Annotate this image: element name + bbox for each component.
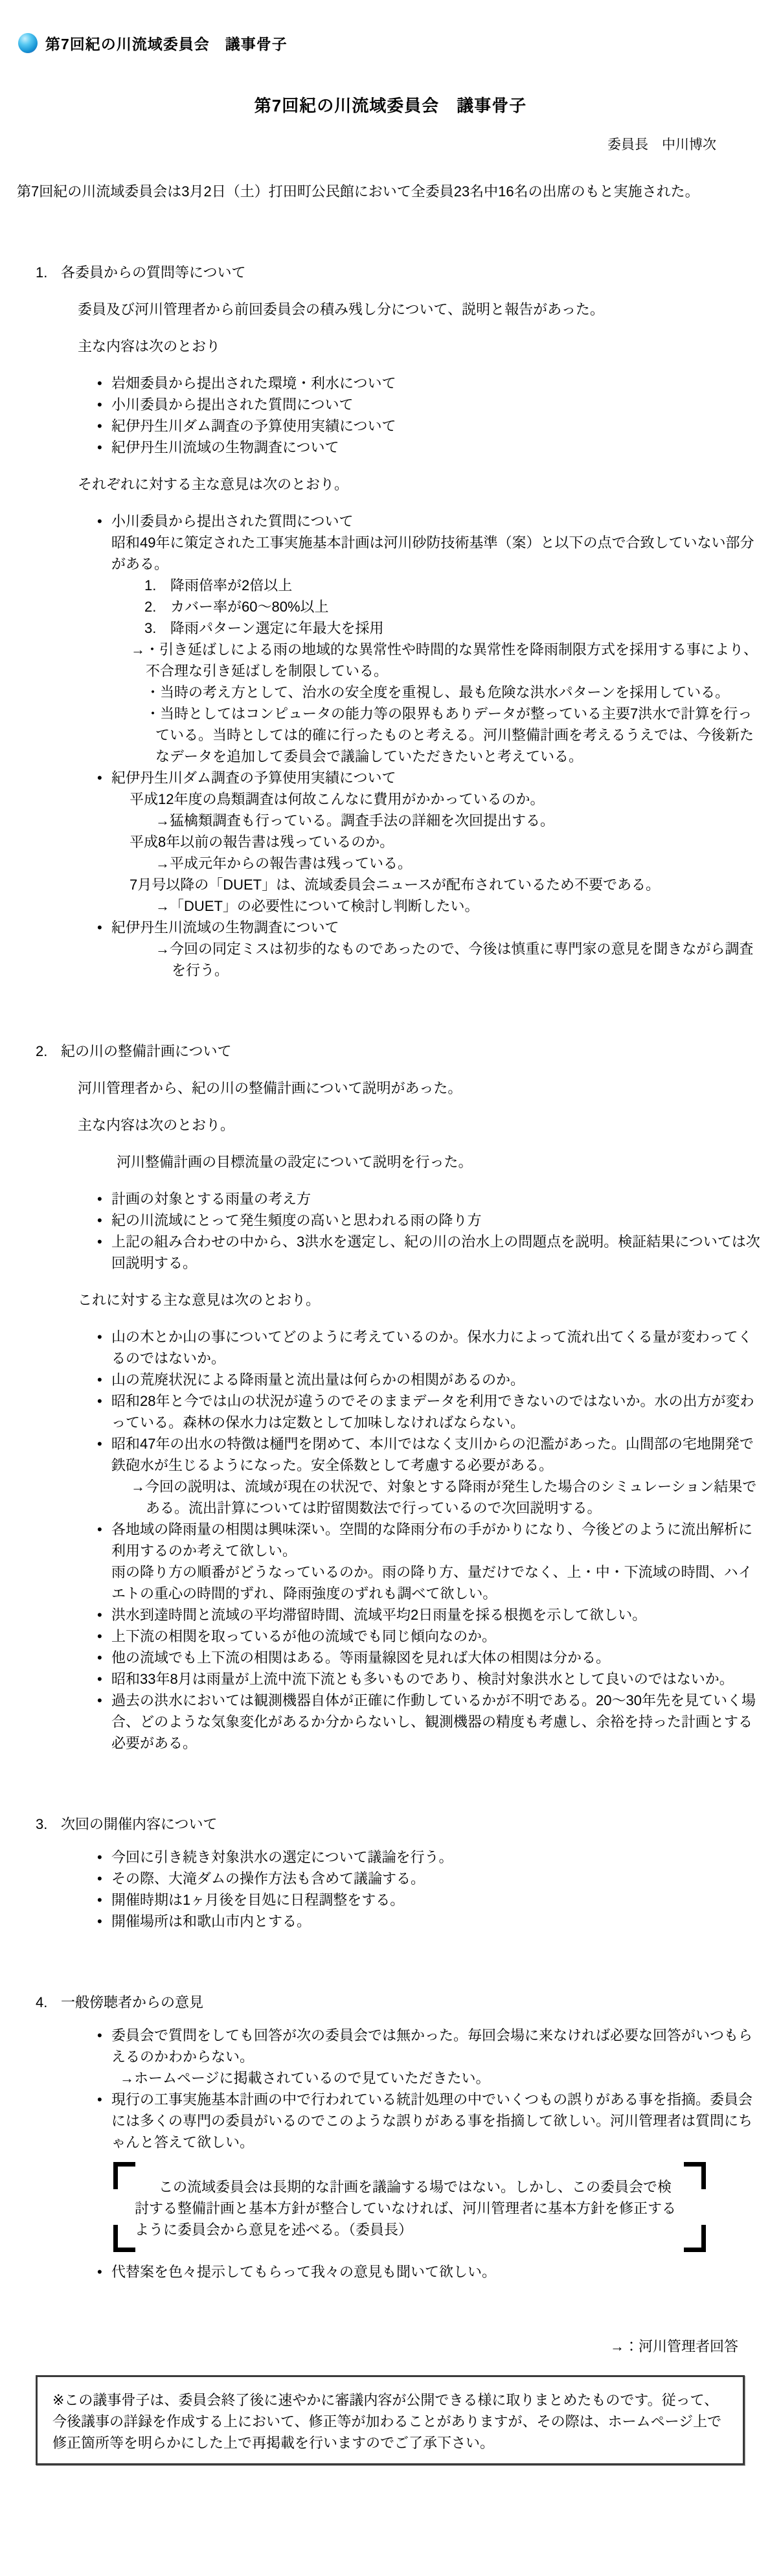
bullet-item: • 計画の対象とする雨量の考え方 xyxy=(0,1188,781,1210)
bullet-continuation: 雨の降り方の順番がどうなっているのか。雨の降り方、量だけでなく、上・中・下流域の… xyxy=(0,1561,781,1604)
text: 紀の川流域にとって発生頻度の高いと思われる雨の降り方 xyxy=(111,1212,482,1228)
text: 山の木とか山の事についてどのように考えているのか。保水力によって流れ出てくる量が… xyxy=(111,1329,752,1366)
disclaimer-box: ※この議事骨子は、委員会終了後に速やかに審議内容が公開できる様に取りまとめたもの… xyxy=(36,2375,745,2465)
bullet-continuation: 昭和49年に策定された工事実施基本計画は河川砂防技術基準（案）と以下の点で合致し… xyxy=(0,532,781,575)
section-heading: 4. 一般傍聴者からの意見 xyxy=(0,1992,781,2013)
bullet-marker: • xyxy=(97,1647,111,1668)
text: 小川委員から提出された質問について xyxy=(111,397,354,413)
paragraph: 主な内容は次のとおり xyxy=(0,336,781,357)
text: 平成8年以前の報告書は残っているのか。 xyxy=(130,834,394,850)
text: 計画の対象とする雨量の考え方 xyxy=(111,1191,311,1207)
text: 委員及び河川管理者から前回委員会の積み残し分について、説明と報告があった。 xyxy=(78,301,604,317)
bullet-marker: • xyxy=(97,1433,111,1455)
paragraph: これに対する主な意見は次のとおり。 xyxy=(0,1289,781,1311)
bullet-item: • 上記の組み合わせの中から、3洪水を選定し、紀の川の治水上の問題点を説明。検証… xyxy=(0,1231,781,1274)
text: 洪水到達時間と流域の平均滞留時間、流域平均2日雨量を採る根拠を示して欲しい。 xyxy=(111,1607,646,1623)
river-manager-reply: →今回の同定ミスは初歩的なものであったので、今後は慎重に専門家の意見を聞きながら… xyxy=(0,938,781,981)
text: 代替案を色々提示してもらって我々の意見も聞いて欲しい。 xyxy=(111,2264,496,2280)
text: 過去の洪水においては観測機器自体が正確に作動しているかが不明である。20～30年… xyxy=(111,1692,756,1751)
text: 上記の組み合わせの中から、3洪水を選定し、紀の川の治水上の問題点を説明。検証結果… xyxy=(111,1234,760,1271)
text: 降雨倍率が2倍以上 xyxy=(170,577,292,593)
bullet-marker: • xyxy=(97,1326,111,1348)
river-manager-reply: →平成元年からの報告書は残っている。 xyxy=(0,853,781,874)
bullet-item: • 上下流の相関を取っているが他の流域でも同じ傾向なのか。 xyxy=(0,1626,781,1647)
text: 開催時期は1ヶ月後を目処に日程調整をする。 xyxy=(111,1892,404,1908)
text: 各地域の降雨量の相関は興味深い。空間的な降雨分布の手がかりになり、今後どのように… xyxy=(111,1521,753,1559)
text: 上下流の相関を取っているが他の流域でも同じ傾向なのか。 xyxy=(111,1628,496,1644)
bullet-marker: • xyxy=(97,437,111,458)
text: →猛檎類調査も行っている。調査手法の詳細を次回提出する。 xyxy=(155,812,554,829)
text: 小川委員から提出された質問について xyxy=(111,513,354,529)
text: 主な内容は次のとおり。 xyxy=(78,1117,234,1133)
river-manager-reply: →ホームページに掲載されているので見ていただきたい。 xyxy=(0,2067,781,2089)
text: →「DUET」の必要性について検討し判断したい。 xyxy=(155,898,479,914)
text: 山の荒廃状況による降雨量と流出量は何らかの相関があるのか。 xyxy=(111,1372,525,1388)
corner-bracket xyxy=(684,2225,706,2252)
text: 紀伊丹生川ダム調査の予算使用実績について xyxy=(111,770,396,786)
list-number: 4. xyxy=(36,1992,61,2013)
list-number: 2. xyxy=(144,596,170,617)
bullet-marker: • xyxy=(97,1846,111,1868)
text: 昭和33年8月は雨量が上流中流下流とも多いものであり、検討対象洪水として良いので… xyxy=(111,1671,734,1687)
text: 降雨パターン選定に年最大を採用 xyxy=(170,620,384,636)
bullet-marker: • xyxy=(97,1626,111,1647)
text: 紀の川の整備計画について xyxy=(61,1043,232,1059)
list-number: 2. xyxy=(36,1041,61,1062)
numbered-item: 2. カバー率が60～80%以上 xyxy=(0,596,781,617)
bullet-item: • 昭和28年と今では山の状況が違うのでそのままデータを利用できないのではないか… xyxy=(0,1390,781,1433)
text: 河川管理者から、紀の川の整備計画について説明があった。 xyxy=(78,1080,462,1096)
section-heading: 1. 各委員からの質問等について xyxy=(0,262,781,283)
list-number: 1. xyxy=(144,575,170,596)
document-body: 1. 各委員からの質問等について委員及び河川管理者から前回委員会の積み残し分につ… xyxy=(0,262,781,2465)
bullet-item: • 代替案を色々提示してもらって我々の意見も聞いて欲しい。 xyxy=(0,2261,781,2283)
river-manager-reply: →・引き延ばしによる雨の地域的な異常性や時間的な異常性を降雨制限方式を採用する事… xyxy=(0,639,781,682)
bullet-marker: • xyxy=(97,1231,111,1252)
paragraph: それぞれに対する主な意見は次のとおり。 xyxy=(0,474,781,495)
text: 委員会で質問をしても回答が次の委員会では無かった。毎回会場に来なければ必要な回答… xyxy=(111,2027,753,2065)
bullet-marker: • xyxy=(97,373,111,394)
text: 昭和47年の出水の特徴は樋門を閉めて、本川ではなく支川からの氾濫があった。山間部… xyxy=(111,1436,754,1473)
bullet-item: • 紀の川流域にとって発生頻度の高いと思われる雨の降り方 xyxy=(0,1210,781,1231)
text: カバー率が60～80%以上 xyxy=(170,599,329,615)
text: それぞれに対する主な意見は次のとおり。 xyxy=(78,476,348,492)
bullet-item: • 紀伊丹生川流域の生物調査について xyxy=(0,917,781,938)
text: 平成12年度の鳥類調査は何故こんなに費用がかかっているのか。 xyxy=(130,791,544,807)
river-manager-reply: →「DUET」の必要性について検討し判断したい。 xyxy=(0,895,781,917)
intro-paragraph: 第7回紀の川流域委員会は3月2日（土）打田町公民館において全委員23名中16名の… xyxy=(0,181,781,202)
bullet-marker: • xyxy=(97,1868,111,1889)
text: 昭和49年に策定された工事実施基本計画は河川砂防技術基準（案）と以下の点で合致し… xyxy=(111,535,754,572)
corner-bracket xyxy=(113,2162,135,2189)
bullet-item: • 小川委員から提出された質問について xyxy=(0,511,781,532)
list-number: 3. xyxy=(36,1813,61,1835)
bullet-marker: • xyxy=(97,917,111,938)
text: ・当時としてはコンピュータの能力等の限界もありデータが整っている主要7洪水で計算… xyxy=(146,706,754,765)
text: 一般傍聴者からの意見 xyxy=(61,1994,203,2010)
question-line: 平成8年以前の報告書は残っているのか。 xyxy=(0,831,781,853)
bullet-item: • 洪水到達時間と流域の平均滞留時間、流域平均2日雨量を採る根拠を示して欲しい。 xyxy=(0,1604,781,1626)
numbered-item: 1. 降雨倍率が2倍以上 xyxy=(0,575,781,596)
bullet-marker: • xyxy=(97,2261,111,2283)
text: 開催場所は和歌山市内とする。 xyxy=(111,1913,311,1929)
text: 紀伊丹生川ダム調査の予算使用実績について xyxy=(111,418,396,434)
bullet-item: • 昭和33年8月は雨量が上流中流下流とも多いものであり、検討対象洪水として良い… xyxy=(0,1668,781,1690)
bullet-marker: • xyxy=(97,2025,111,2046)
bullet-item: • 紀伊丹生川ダム調査の予算使用実績について xyxy=(0,767,781,788)
bullet-marker: • xyxy=(97,1604,111,1626)
text: 7月号以降の「DUET」は、流域委員会ニュースが配布されているため不要である。 xyxy=(130,877,660,893)
blue-sphere-icon xyxy=(18,33,38,53)
text: 岩畑委員から提出された環境・利水について xyxy=(111,375,396,391)
text: →今回の同定ミスは初歩的なものであったので、今後は慎重に専門家の意見を聞きながら… xyxy=(155,941,753,978)
header-title: 第7回紀の川流域委員会 議事骨子 xyxy=(45,32,288,54)
bullet-marker: • xyxy=(97,1889,111,1911)
text: これに対する主な意見は次のとおり。 xyxy=(78,1292,320,1308)
list-number: 3. xyxy=(144,617,170,639)
bullet-marker: • xyxy=(97,1369,111,1390)
corner-bracket xyxy=(113,2225,135,2252)
bullet-marker: • xyxy=(97,1390,111,1412)
bullet-marker: • xyxy=(97,394,111,415)
bullet-item: • 開催時期は1ヶ月後を目処に日程調整をする。 xyxy=(0,1889,781,1911)
list-number: 1. xyxy=(36,262,61,283)
bullet-marker: • xyxy=(97,2089,111,2110)
section-heading: 2. 紀の川の整備計画について xyxy=(0,1041,781,1062)
chairman-name: 委員長 中川博次 xyxy=(0,135,781,155)
text: →：河川管理者回答 xyxy=(610,2338,738,2354)
text: 次回の開催内容について xyxy=(61,1816,218,1832)
river-manager-reply: →猛檎類調査も行っている。調査手法の詳細を次回提出する。 xyxy=(0,810,781,831)
text: 雨の降り方の順番がどうなっているのか。雨の降り方、量だけでなく、上・中・下流域の… xyxy=(111,1564,753,1602)
bullet-marker: • xyxy=(97,767,111,788)
bullet-item: • 各地域の降雨量の相関は興味深い。空間的な降雨分布の手がかりになり、今後どのよ… xyxy=(0,1519,781,1561)
text: ・当時の考え方として、治水の安全度を重視し、最も危険な洪水パターンを採用している… xyxy=(146,684,729,700)
bullet-marker: • xyxy=(97,1210,111,1231)
text: →今回の説明は、流域が現在の状況で、対象とする降雨が発生した場合のシミュレーショ… xyxy=(131,1478,756,1516)
paragraph: 河川整備計画の目標流量の設定について説明を行った。 xyxy=(0,1151,781,1173)
paragraph: 委員及び河川管理者から前回委員会の積み残し分について、説明と報告があった。 xyxy=(0,299,781,320)
text: 河川整備計画の目標流量の設定について説明を行った。 xyxy=(117,1154,473,1170)
bullet-item: • 山の木とか山の事についてどのように考えているのか。保水力によって流れ出てくる… xyxy=(0,1326,781,1369)
numbered-item: 3. 降雨パターン選定に年最大を採用 xyxy=(0,617,781,639)
document-title: 第7回紀の川流域委員会 議事骨子 xyxy=(0,93,781,117)
bullet-item: • 岩畑委員から提出された環境・利水について xyxy=(0,373,781,394)
text: この流域委員会は長期的な計画を議論する場ではない。しかし、この委員会で検討する整… xyxy=(135,2176,679,2240)
text: 今回に引き続き対象洪水の選定について議論を行う。 xyxy=(111,1849,453,1865)
bullet-item: • 他の流域でも上下流の相関はある。等雨量線図を見れば大体の相関は分かる。 xyxy=(0,1647,781,1668)
bullet-item: • 小川委員から提出された質問について xyxy=(0,394,781,415)
corner-bracket xyxy=(684,2162,706,2189)
sub-bullet-item: ・当時としてはコンピュータの能力等の限界もありデータが整っている主要7洪水で計算… xyxy=(0,703,781,767)
bullet-item: • 委員会で質問をしても回答が次の委員会では無かった。毎回会場に来なければ必要な… xyxy=(0,2025,781,2067)
bullet-item: • 今回に引き続き対象洪水の選定について議論を行う。 xyxy=(0,1846,781,1868)
question-line: 平成12年度の鳥類調査は何故こんなに費用がかかっているのか。 xyxy=(0,788,781,810)
text: 昭和28年と今では山の状況が違うのでそのままデータを利用できないのではないか。水… xyxy=(111,1393,754,1431)
bullet-item: • 紀伊丹生川ダム調査の予算使用実績について xyxy=(0,415,781,437)
bullet-marker: • xyxy=(97,1668,111,1690)
paragraph: 河川管理者から、紀の川の整備計画について説明があった。 xyxy=(0,1077,781,1099)
paragraph: 主な内容は次のとおり。 xyxy=(0,1114,781,1136)
bullet-item: • その際、大滝ダムの操作方法も含めて議論する。 xyxy=(0,1868,781,1889)
bullet-marker: • xyxy=(97,1519,111,1540)
text: 現行の工事実施基本計画の中で行われている統計処理の中でいくつもの誤りがある事を指… xyxy=(111,2091,753,2150)
bullet-item: • 昭和47年の出水の特徴は樋門を閉めて、本川ではなく支川からの氾濫があった。山… xyxy=(0,1433,781,1476)
text: →・引き延ばしによる雨の地域的な異常性や時間的な異常性を降雨制限方式を採用する事… xyxy=(131,641,758,679)
bullet-item: • 過去の洪水においては観測機器自体が正確に作動しているかが不明である。20～3… xyxy=(0,1690,781,1754)
bullet-marker: • xyxy=(97,1911,111,1932)
question-line: 7月号以降の「DUET」は、流域委員会ニュースが配布されているため不要である。 xyxy=(0,874,781,895)
text: →ホームページに掲載されているので見ていただきたい。 xyxy=(120,2070,490,2086)
text: その際、大滝ダムの操作方法も含めて議論する。 xyxy=(111,1870,425,1887)
text: →平成元年からの報告書は残っている。 xyxy=(155,855,412,871)
text: 紀伊丹生川流域の生物調査について xyxy=(111,439,339,455)
bullet-item: • 開催場所は和歌山市内とする。 xyxy=(0,1911,781,1932)
river-manager-reply: →今回の説明は、流域が現在の状況で、対象とする降雨が発生した場合のシミュレーショ… xyxy=(0,1476,781,1519)
text: 紀伊丹生川流域の生物調査について xyxy=(111,919,339,936)
page-header: 第7回紀の川流域委員会 議事骨子 xyxy=(18,32,781,54)
bullet-marker: • xyxy=(97,415,111,437)
text: 主な内容は次のとおり xyxy=(78,338,220,354)
sub-bullet-item: ・当時の考え方として、治水の安全度を重視し、最も危険な洪水パターンを採用している… xyxy=(0,682,781,703)
arrow-legend: →：河川管理者回答 xyxy=(0,2336,781,2357)
text: 各委員からの質問等について xyxy=(61,264,246,281)
chairman-remark-box: この流域委員会は長期的な計画を議論する場ではない。しかし、この委員会で検討する整… xyxy=(113,2162,706,2252)
bullet-item: • 現行の工事実施基本計画の中で行われている統計処理の中でいくつもの誤りがある事… xyxy=(0,2089,781,2153)
text: ※この議事骨子は、委員会終了後に速やかに審議内容が公開できる様に取りまとめたもの… xyxy=(52,2392,721,2451)
text: 他の流域でも上下流の相関はある。等雨量線図を見れば大体の相関は分かる。 xyxy=(111,1650,610,1666)
section-heading: 3. 次回の開催内容について xyxy=(0,1813,781,1835)
bullet-marker: • xyxy=(97,1188,111,1210)
bullet-marker: • xyxy=(97,1690,111,1711)
bullet-item: • 山の荒廃状況による降雨量と流出量は何らかの相関があるのか。 xyxy=(0,1369,781,1390)
bullet-item: • 紀伊丹生川流域の生物調査について xyxy=(0,437,781,458)
bullet-marker: • xyxy=(97,511,111,532)
